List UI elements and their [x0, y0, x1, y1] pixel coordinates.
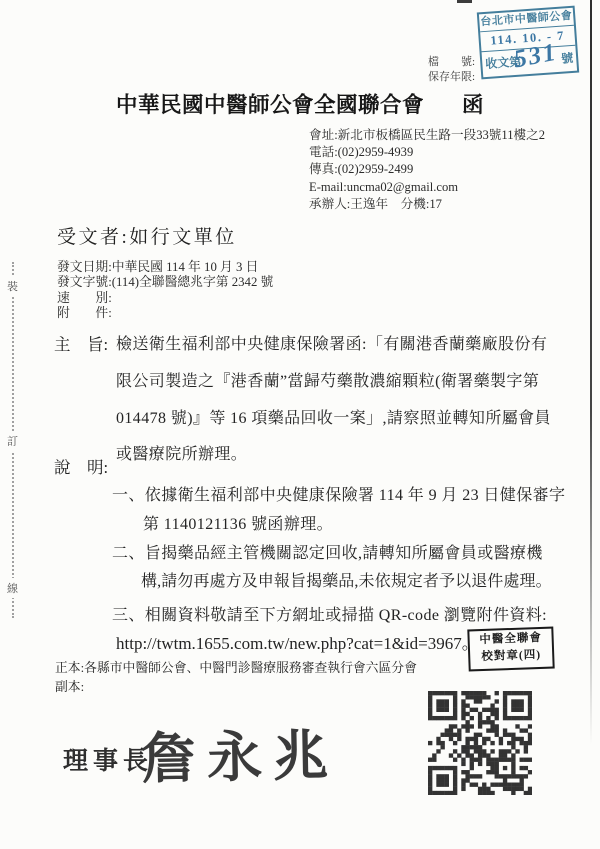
- issue-date: 發文日期:中華民國 114 年 10 月 3 日: [57, 260, 273, 275]
- retention-label: 保存年限:: [428, 70, 475, 85]
- letterhead-email: E-mail:uncma02@gmail.com: [309, 179, 545, 196]
- file-number-box: 檔 號: 保存年限:: [428, 55, 475, 85]
- attachment-url: http://twtm.1655.com.tw/new.php?cat=1&id…: [116, 629, 479, 654]
- letterhead-contact: 承辦人:王逸年 分機:17: [309, 196, 545, 213]
- signature-title: 理事長: [63, 741, 153, 777]
- meta-block: 發文日期:中華民國 114 年 10 月 3 日 發文字號:(114)全聯醫總兆…: [57, 260, 273, 321]
- qr-code: [428, 691, 532, 795]
- attachment-label: 附 件:: [57, 306, 273, 321]
- description-item-3: 三、相關資料敬請至下方網址或掃描 QR-code 瀏覽附件資料:: [112, 602, 547, 625]
- subject-line: 檢送衛生福利部中央健康保險署函:「有關港香蘭藥廠股份有: [116, 331, 547, 354]
- distribution-copy: 副本:: [55, 676, 84, 695]
- subject-label: 主 旨:: [54, 331, 108, 355]
- subject-line: 或醫療院所辦理。: [116, 441, 247, 464]
- receipt-stamp-suffix: 號: [560, 46, 574, 71]
- binding-mark-ding: 訂: [6, 431, 19, 451]
- speed-label: 速 別:: [57, 291, 273, 306]
- document-title: 中華民國中醫師公會全國聯合會函: [0, 88, 600, 119]
- document-page: 台北市中醫師公會 114. 10. - 7 收文第 號 531 檔 號: 保存年…: [0, 0, 600, 849]
- file-no-label: 檔 號:: [428, 55, 475, 70]
- scan-mark: [457, 0, 472, 3]
- proofread-stamp: 中醫全聯會 校對章(四): [467, 627, 554, 672]
- binding-mark-xian: 線: [6, 578, 19, 598]
- recipient-line: 受文者:如行文單位: [57, 222, 237, 249]
- description-item-1: 一、依據衛生福利部中央健康保險署 114 年 9 月 23 日健保審字: [112, 482, 565, 505]
- letterhead-address: 會址:新北市板橋區民生路一段33號11樓之2: [309, 127, 545, 144]
- doc-number: 發文字號:(114)全聯醫總兆字第 2342 號: [57, 275, 273, 290]
- recipient-value: 如行文單位: [129, 227, 237, 248]
- description-label: 說 明:: [54, 454, 108, 478]
- chairman-signature: 詹永兆: [140, 711, 339, 793]
- doc-type: 函: [462, 93, 484, 117]
- receipt-stamp: 台北市中醫師公會 114. 10. - 7 收文第 號 531: [477, 6, 579, 80]
- subject-line: 限公司製造之『港香蘭”當歸芍藥散濃縮顆粒(衛署藥製字第: [116, 368, 539, 391]
- recipient-label: 受文者:: [57, 227, 129, 248]
- distribution-original: 正本:各縣市中醫師公會、中醫門診醫療服務審查執行會六區分會: [55, 657, 417, 676]
- letterhead-block: 會址:新北市板橋區民生路一段33號11樓之2 電話:(02)2959-4939 …: [309, 127, 545, 213]
- letterhead-fax: 傳真:(02)2959-2499: [309, 161, 545, 178]
- binding-mark-zhuang: 裝: [6, 276, 19, 296]
- org-name: 中華民國中醫師公會全國聯合會: [116, 93, 424, 117]
- description-item-2-cont: 構,請勿再處方及申報旨揭藥品,未依規定者予以退件處理。: [141, 568, 552, 591]
- description-item-2: 二、旨揭藥品經主管機關認定回收,請轉知所屬會員或醫療機: [112, 540, 543, 563]
- description-item-1-cont: 第 1140121136 號函辦理。: [143, 511, 333, 534]
- letterhead-phone: 電話:(02)2959-4939: [309, 144, 545, 161]
- proofread-stamp-line2: 校對章(四): [470, 646, 553, 665]
- subject-line: 014478 號)』等 16 項藥品回收一案」,請察照並轉知所屬會員: [116, 405, 551, 428]
